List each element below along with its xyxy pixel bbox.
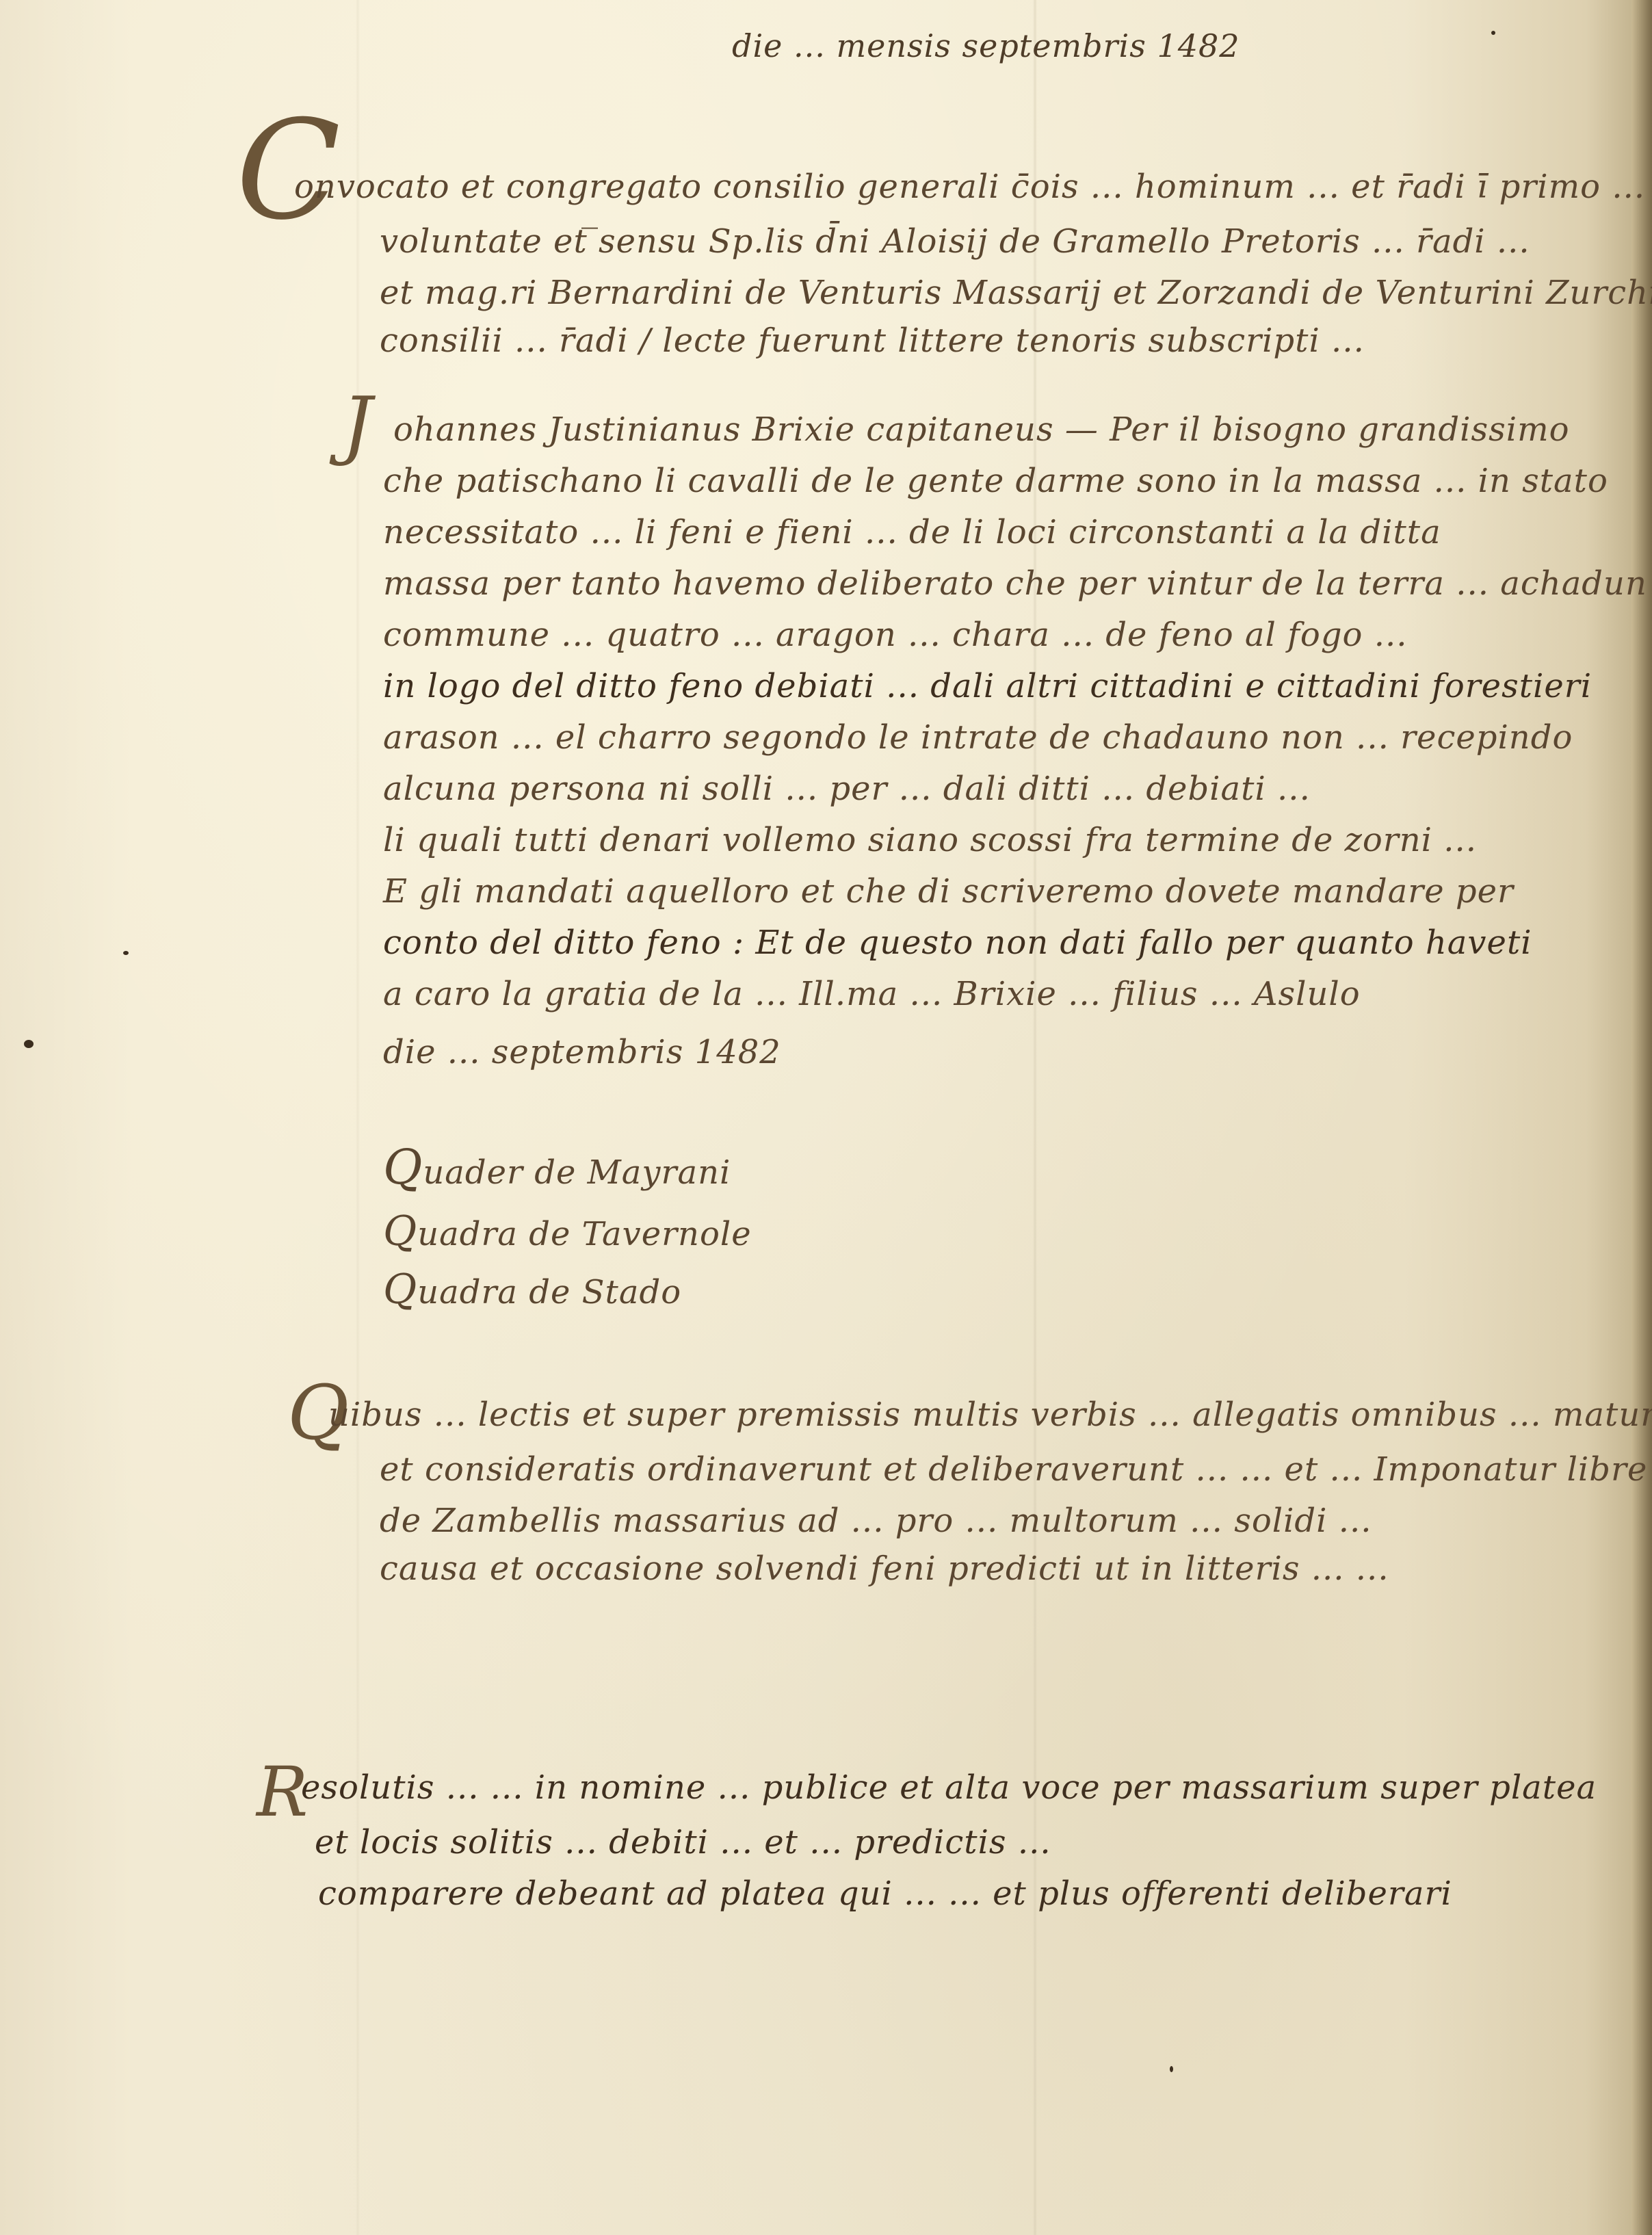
list-initial: Q bbox=[383, 1139, 423, 1195]
text-line: ohannes Justinianus Brixie capitaneus — … bbox=[393, 410, 1570, 449]
text-line: commune ... quatro ... aragon ... chara … bbox=[383, 616, 1407, 654]
text-line: causa et occasione solvendi feni predict… bbox=[380, 1550, 1389, 1588]
text-line: conto del ditto feno : Et de questo non … bbox=[383, 924, 1532, 962]
list-item: Quadra de Tavernole bbox=[383, 1207, 752, 1255]
text-line: a caro la gratia de la ... Ill.ma ... Br… bbox=[383, 975, 1361, 1013]
paper-speck bbox=[123, 951, 129, 955]
text-line: alcuna persona ni solli ... per ... dali… bbox=[383, 770, 1311, 808]
list-initial: Q bbox=[383, 1266, 417, 1313]
text-line: consilii ... r̄adi / lecte fuerunt litte… bbox=[380, 322, 1365, 360]
text-line: in logo del ditto feno debiati ... dali … bbox=[383, 667, 1592, 705]
text-line: et locis solitis ... debiti ... et ... p… bbox=[315, 1823, 1051, 1861]
paper-speck bbox=[1170, 2066, 1173, 2072]
text-line: E gli mandati aquelloro et che di scrive… bbox=[383, 872, 1514, 911]
paper-speck bbox=[1491, 31, 1495, 35]
list-initial: Q bbox=[383, 1207, 417, 1255]
text-line: necessitato ... li feni e fieni ... de l… bbox=[383, 513, 1441, 551]
text-line: voluntate et ̅sensu Sp.lis d̄ni Aloisij … bbox=[380, 222, 1530, 261]
letter-initial: J bbox=[342, 387, 372, 462]
text-line: die ... septembris 1482 bbox=[383, 1033, 781, 1071]
text-line: et consideratis ordinaverunt et delibera… bbox=[380, 1450, 1652, 1489]
text-line: onvocato et congregato consilio generali… bbox=[294, 168, 1645, 206]
text-line: uibus ... lectis et super premissis mult… bbox=[328, 1396, 1652, 1434]
text-line: esolutis ... ... in nomine ... publice e… bbox=[301, 1768, 1597, 1807]
text-line: che patischano li cavalli de le gente da… bbox=[383, 462, 1608, 500]
list-item: Quadra de Stado bbox=[383, 1266, 681, 1313]
text-line: arason ... el charro segondo le intrate … bbox=[383, 718, 1573, 757]
binding-edge bbox=[1631, 0, 1652, 2235]
paper-speck bbox=[24, 1040, 34, 1048]
text-line: comparere debeant ad platea qui ... ... … bbox=[318, 1874, 1452, 1913]
text-line: de Zambellis massarius ad ... pro ... mu… bbox=[380, 1502, 1372, 1540]
list-item: Quader de Mayrani bbox=[383, 1139, 731, 1195]
list-text: uader de Mayrani bbox=[423, 1153, 731, 1192]
manuscript-page: die ... mensis septembris 1482 C onvocat… bbox=[0, 0, 1652, 2235]
document-header: die ... mensis septembris 1482 bbox=[732, 27, 1240, 64]
paragraph-initial: R bbox=[257, 1758, 308, 1827]
list-text: uadra de Tavernole bbox=[417, 1215, 751, 1253]
list-text: uadra de Stado bbox=[417, 1273, 681, 1311]
text-line: et mag.ri Bernardini de Venturis Massari… bbox=[380, 274, 1652, 312]
text-line: massa per tanto havemo deliberato che pe… bbox=[383, 564, 1647, 603]
text-line: li quali tutti denari vollemo siano scos… bbox=[383, 821, 1477, 859]
